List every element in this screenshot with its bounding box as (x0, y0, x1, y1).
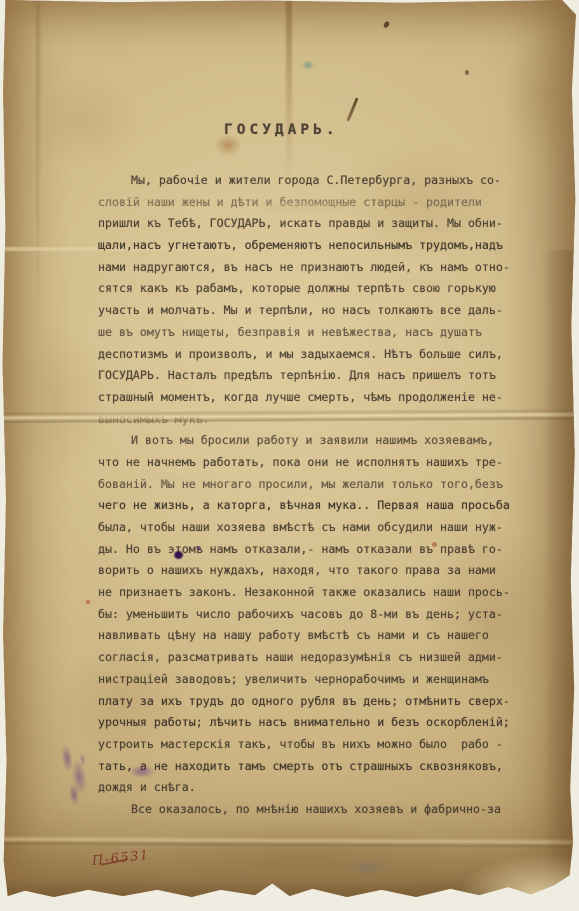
text-line: ды. Но въ этомъ намъ отказали,- намъ отк… (98, 539, 518, 561)
text-line: деспотизмъ и произволъ, и мы задыхаемся.… (98, 344, 518, 366)
text-line: щали,насъ угнетаютъ, обременяютъ непосил… (98, 235, 518, 257)
text-line: Все оказалось, по мнѣнію нашихъ хозяевъ … (98, 799, 518, 821)
text-line: согласія, разсматривать наши недоразумѣн… (98, 647, 518, 669)
text-line: плату за ихъ трудъ до одного рубля въ де… (98, 691, 518, 713)
text-line: ше въ омутъ нищеты, безправія и невѣжест… (98, 322, 518, 344)
text-line: выносимыхъ мукъ. (98, 409, 518, 431)
text-line: ворить о нашихъ нуждахъ, находя, что так… (98, 560, 518, 582)
document-title: ГОСУДАРЬ. (224, 122, 339, 139)
paragraph-3: Все оказалось, по мнѣнію нашихъ хозяевъ … (98, 799, 518, 821)
text-line: И вотъ мы бросили работу и заявили нашим… (98, 430, 518, 452)
text-line: участь и молчать. Мы и терпѣли, но насъ … (98, 300, 518, 322)
bottom-right-corner-stain (442, 834, 577, 906)
text-line: ГОСУДАРЬ. Насталъ предѣлъ терпѣнію. Для … (98, 365, 518, 387)
text-line: бы: уменьшить число рабочихъ часовъ до 8… (98, 604, 518, 626)
paragraph-1: Мы, рабочіе и жители города С.Петербурга… (98, 170, 518, 430)
purple-stamp-blot (53, 738, 100, 811)
bottom-edge-darkening (2, 878, 577, 906)
text-line: Мы, рабочіе и жители города С.Петербурга… (98, 170, 518, 192)
right-edge-darkening (543, 250, 577, 906)
vertical-fold-crease (286, 0, 292, 180)
document-body: Мы, рабочіе и жители города С.Петербурга… (98, 170, 518, 821)
text-line: была, чтобы наши хозяева вмѣстѣ съ нами … (98, 517, 518, 539)
text-line: чего не жизнь, а каторга, вѣчная мука.. … (98, 495, 518, 517)
text-line: бованій. Мы не многаго просили, мы желал… (98, 474, 518, 496)
paragraph-2: И вотъ мы бросили работу и заявили нашим… (98, 430, 518, 799)
text-line: страшный моментъ, когда лучше смерть, чѣ… (98, 387, 518, 409)
dark-speck (383, 20, 391, 29)
text-line: урочныя работы; лѣчить насъ внимательно … (98, 712, 518, 734)
lower-horizontal-fold (2, 835, 577, 848)
text-line: что не начнемъ работать, пока они не исп… (98, 452, 518, 474)
text-line: пришли къ Тебѣ, ГОСУДАРЬ, искать правды … (98, 213, 518, 235)
teal-ink-spot (302, 60, 314, 70)
dark-speck (465, 70, 469, 75)
text-line: устроить мастерскія такъ, чтобы въ нихъ … (98, 734, 518, 756)
red-speck (86, 600, 90, 604)
text-line: нами надругаются, въ насъ не признаютъ л… (98, 257, 518, 279)
text-line: словій наши жены и дѣти и безпомощные ст… (98, 192, 518, 214)
archive-number-note: П-6531 (91, 848, 150, 869)
text-line: тать, а не находить тамъ смерть отъ стра… (98, 756, 518, 778)
scanned-document: ГОСУДАРЬ. Мы, рабочіе и жители города С.… (0, 0, 579, 911)
text-line: сятся какъ къ рабамъ, которые должны тер… (98, 278, 518, 300)
text-line: нистраціей заводовъ; увеличить чернорабо… (98, 669, 518, 691)
vertical-edge-crease (36, 0, 40, 335)
faint-blue-mark (346, 860, 388, 874)
document-page: ГОСУДАРЬ. Мы, рабочіе и жители города С.… (2, 0, 577, 906)
text-line: не признаетъ законъ. Незаконной также ок… (98, 582, 518, 604)
text-line: дождя и снѣга. (98, 777, 518, 799)
text-line: навливать цѣну на нашу работу вмѣстѣ съ … (98, 625, 518, 647)
pen-stroke-mark (346, 97, 358, 121)
